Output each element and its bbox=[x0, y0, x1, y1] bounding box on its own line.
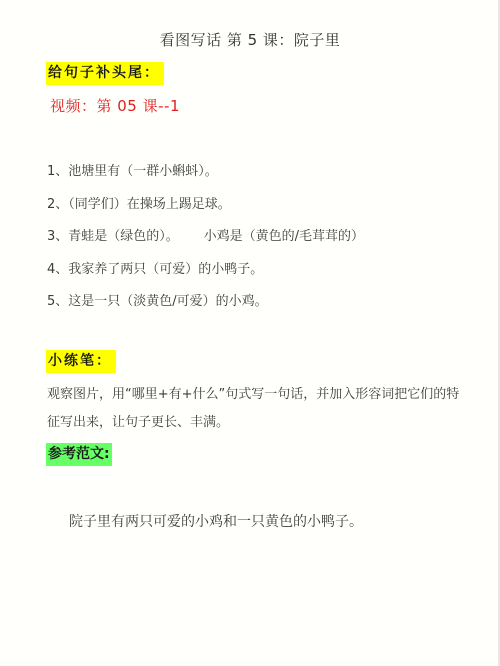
exercise-item-1: 1、池塘里有（一群小蝌蚪）。 bbox=[47, 160, 218, 179]
exercise-item-4: 4、我家养了两只（可爱）的小鸭子。 bbox=[47, 258, 263, 277]
practice-instruction: 观察图片，用“哪里+有+什么”句式写一句话，并加入形容词把它们的特征写出来，让句… bbox=[47, 381, 467, 437]
section-heading-sample-essay: 参考范文: bbox=[46, 443, 112, 466]
exercise-item-3: 3、青蛙是（绿色的）。 小鸡是（黄色的/毛茸茸的） bbox=[47, 225, 364, 244]
sample-essay-text: 院子里有两只可爱的小鸡和一只黄色的小鸭子。 bbox=[69, 511, 363, 531]
video-lesson-label: 视频：第 05 课--1 bbox=[50, 95, 180, 116]
document-page: 看图写话 第 5 课：院子里 给句子补头尾： 视频：第 05 课--1 1、池塘… bbox=[0, 0, 500, 666]
page-title: 看图写话 第 5 课：院子里 bbox=[0, 29, 500, 50]
exercise-item-2: 2、（同学们）在操场上踢足球。 bbox=[47, 193, 231, 212]
exercise-item-5: 5、这是一只（淡黄色/可爱）的小鸡。 bbox=[47, 290, 268, 309]
section-heading-fill-sentences: 给句子补头尾： bbox=[46, 62, 164, 85]
section-heading-practice: 小练笔： bbox=[46, 350, 116, 373]
